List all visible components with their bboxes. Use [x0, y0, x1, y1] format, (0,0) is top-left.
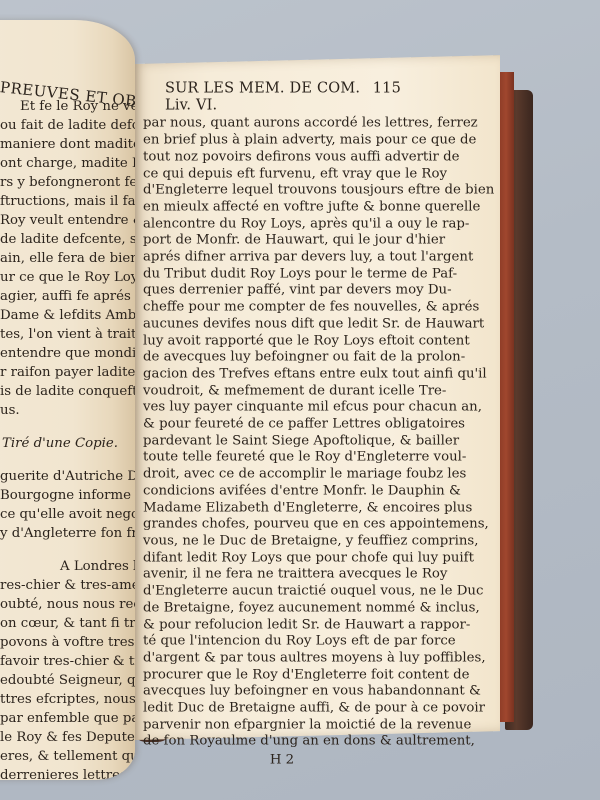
- running-head: SUR LES MEM. DE COM. Liv. VI. 115: [143, 81, 401, 114]
- text-line: cheffe pour me compter de fes nouvelles,…: [143, 300, 401, 317]
- text-line: gacion des Trefves eftans entre eulx tou…: [143, 367, 401, 384]
- text-line: aucunes devifes nous dift que ledit Sr. …: [143, 316, 401, 333]
- text-line: le Roy & fes Deputez fur no: [0, 728, 135, 747]
- text-line: du Tribut dudit Roy Loys pour le terme d…: [143, 266, 401, 283]
- text-line: ques derrenier paffé, vint par devers mo…: [143, 283, 401, 300]
- text-line: favoir tres-chier & tres-amé: [0, 652, 135, 671]
- text-line: is de ladite conquefte. Ainfi: [0, 382, 135, 401]
- text-line: eres, & tellement que fur tout: [0, 747, 135, 766]
- letter-heading: guerite d'Autriche DucheffeBourgogne inf…: [0, 467, 135, 543]
- text-line: pardevant le Saint Siege Apoftolique, & …: [143, 433, 401, 450]
- text-line: par enfemble que par moy Du: [0, 709, 135, 728]
- book-page-edge: [498, 72, 514, 722]
- text-line: tout noz povoirs defirons vous auffi adv…: [143, 149, 401, 166]
- text-line: derrenieres lettres, fçavoir: [0, 766, 135, 780]
- text-line: en mieulx affecté en voftre jufte & bonn…: [143, 200, 401, 217]
- dateline: A Londres le 27. Juillet: [0, 557, 135, 576]
- signature-mark: H 2: [143, 753, 401, 770]
- page-body-text: par nous, quant aurons accordé les lettr…: [143, 116, 401, 751]
- text-line: ain, elle fera de bien petit: [0, 249, 135, 268]
- text-line: d'Engleterre lequel trouvons tousjours e…: [143, 183, 401, 200]
- text-line: parvenir non efpargnier la moictié de la…: [143, 717, 401, 734]
- text-line: ou fait de ladite defcente, ma: [0, 116, 135, 135]
- text-line: en brief plus à plain adverty, mais pour…: [143, 133, 401, 150]
- text-line: alencontre du Roy Loys, après qu'il a ou…: [143, 216, 401, 233]
- text-line: de Bretaigne, foyez aucunement nommé & i…: [143, 600, 401, 617]
- text-line: té que l'intencion du Roy Loys eft de pa…: [143, 634, 401, 651]
- text-line: d'Engleterre aucun traictié ouquel vous,…: [143, 584, 401, 601]
- text-line: de ladite defcente, s'elle n'eft: [0, 230, 135, 249]
- text-line: povons à voftre tres-noble gra: [0, 633, 135, 652]
- text-line: y d'Angleterre fon frere.: [0, 524, 135, 543]
- text-line: maniere dont madite Dame & le: [0, 135, 135, 154]
- text-line: condicions avifées d'entre Monfr. le Dau…: [143, 484, 401, 501]
- text-line: d'argent & par tous aultres moyens à luy…: [143, 651, 401, 668]
- text-line: us.: [0, 401, 135, 420]
- text-line: aprés difner arriva par devers luy, a to…: [143, 250, 401, 267]
- text-line: ur ce que le Roy Loys le pr: [0, 268, 135, 287]
- text-line: de avecques luy befoingner ou fait de la…: [143, 350, 401, 367]
- text-line: avenir, il ne fera ne traittera avecques…: [143, 567, 401, 584]
- text-line: res-chier & tres-amé fils & n: [0, 576, 135, 595]
- text-line: de fon Royaulme d'ung an en dons & aultr…: [143, 734, 401, 751]
- text-line: Bourgogne informe le Duc: [0, 486, 135, 505]
- text-line: ves luy payer cinquante mil efcus pour c…: [143, 400, 401, 417]
- text-line: grandes chofes, pourveu que en ces appoi…: [143, 517, 401, 534]
- source-note: Tiré d'une Copie.: [0, 434, 135, 453]
- right-page: SUR LES MEM. DE COM. Liv. VI. 115 par no…: [135, 55, 500, 740]
- text-line: on cœur, & tant fi tres-hum: [0, 614, 135, 633]
- text-line: voudroit, & mefmement de durant icelle T…: [143, 383, 401, 400]
- text-line: Madame Elizabeth d'Engleterre, & encoire…: [143, 500, 401, 517]
- left-page: PREUVES ET OBSERVATIONS Et fe le Roy ne …: [0, 20, 135, 780]
- text-line: Roy veult entendre & befon: [0, 211, 135, 230]
- text-line: difant ledit Roy Loys que pour chofe qui…: [143, 550, 401, 567]
- text-line: r raifon payer ladite recompe: [0, 363, 135, 382]
- text-line: par nous, quant aurons accordé les lettr…: [143, 116, 401, 133]
- text-line: & pour refolucion ledit Sr. de Hauwart a…: [143, 617, 401, 634]
- text-line: edoubté Seigneur, que depuis: [0, 671, 135, 690]
- text-line: ledit Duc de Bretaigne auffi, & de pour …: [143, 701, 401, 718]
- letter-body-text: res-chier & tres-amé fils & noubté, nous…: [0, 576, 135, 780]
- text-line: rs y befongneront felon le: [0, 173, 135, 192]
- text-line: ftructions, mais il faut enten: [0, 192, 135, 211]
- text-line: port de Monfr. de Hauwart, qui le jour d…: [143, 233, 401, 250]
- text-line: droit, avec ce de accomplir le mariage f…: [143, 467, 401, 484]
- text-line: guerite d'Autriche Ducheffe: [0, 467, 135, 486]
- text-line: oubté, nous nous recommandon: [0, 595, 135, 614]
- text-line: ont charge, madite Dame & l: [0, 154, 135, 173]
- left-body-text: Et fe le Roy ne veult préfeou fait de la…: [0, 97, 135, 420]
- text-line: tes, l'on vient à traittier de la: [0, 325, 135, 344]
- text-line: agier, auffi fe aprés lefdites: [0, 287, 135, 306]
- text-line: ce qui depuis eft furvenu, eft vray que …: [143, 166, 401, 183]
- page-number: 115: [373, 81, 401, 114]
- running-head-title: SUR LES MEM. DE COM. Liv. VI.: [165, 81, 373, 114]
- text-line: toute telle feureté que le Roy d'Englete…: [143, 450, 401, 467]
- text-line: ttres efcriptes, nous avons e: [0, 690, 135, 709]
- text-line: ce qu'elle avoit negocié pour: [0, 505, 135, 524]
- text-line: vous, ne le Duc de Bretaigne, y feuffiez…: [143, 534, 401, 551]
- text-line: Dame & lefdits Ambaffadeurs: [0, 306, 135, 325]
- text-line: & pour feureté de ce paffer Lettres obli…: [143, 417, 401, 434]
- text-line: avecques luy befoingner en vous habandon…: [143, 684, 401, 701]
- text-line: procurer que le Roy d'Engleterre foit co…: [143, 667, 401, 684]
- text-line: entendre que mondit Sr. ne p: [0, 344, 135, 363]
- text-line: luy avoit rapporté que le Roy Loys eftoi…: [143, 333, 401, 350]
